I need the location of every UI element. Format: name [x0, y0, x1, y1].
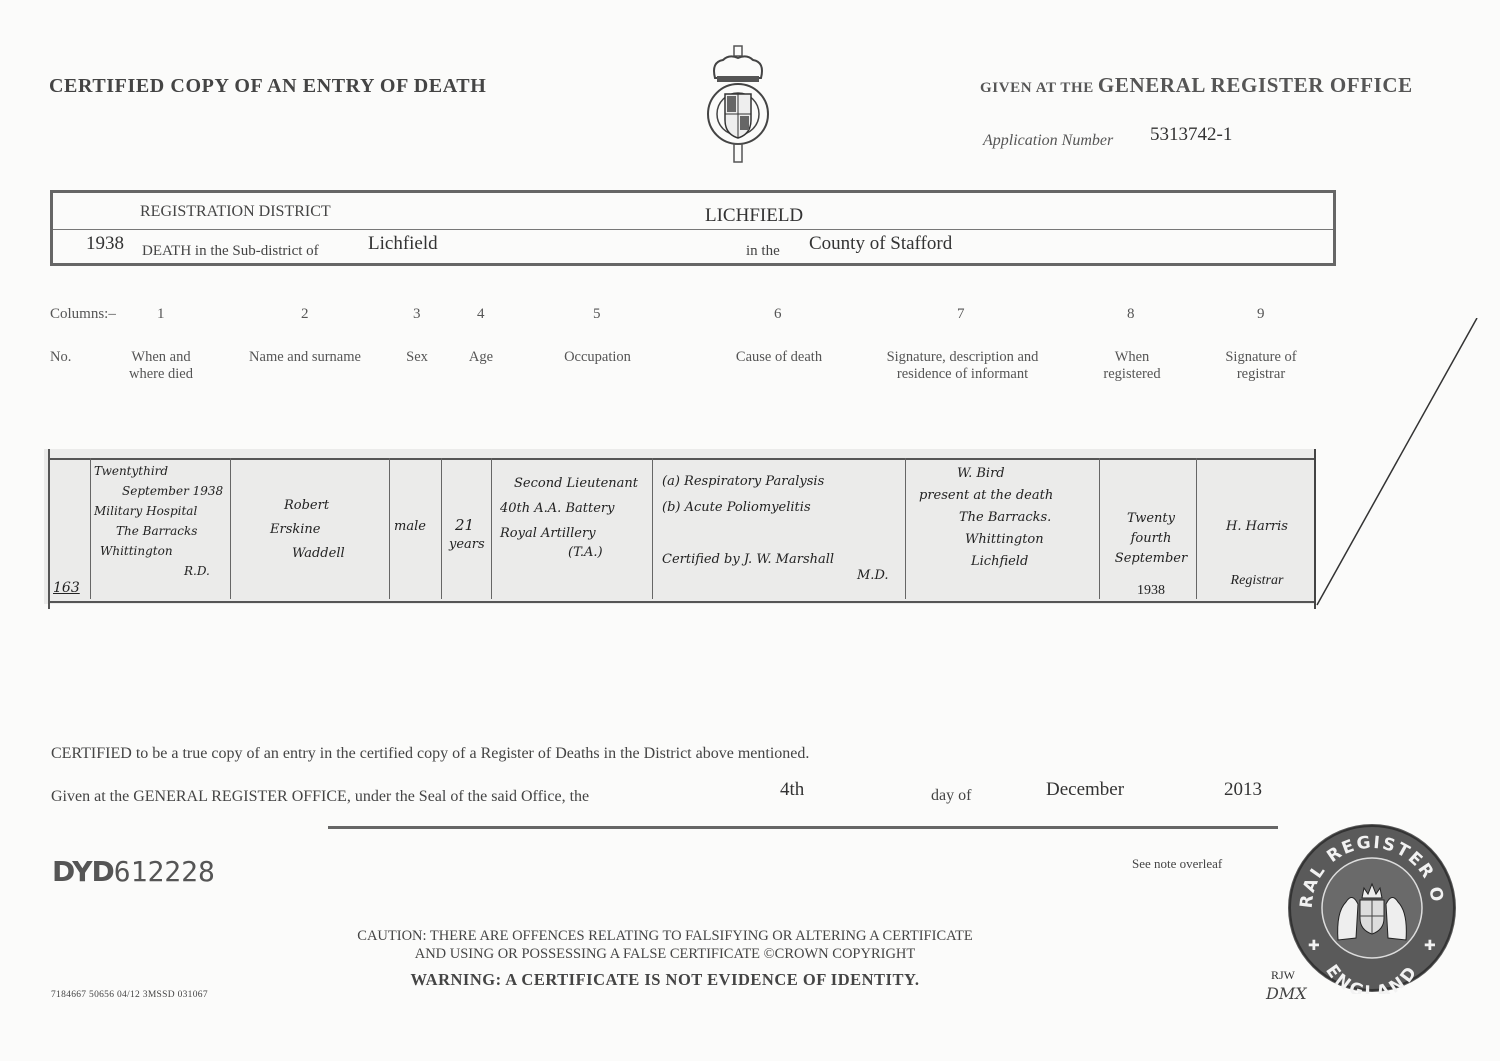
given-at-statement: Given at the GENERAL REGISTER OFFICE, un…	[51, 788, 589, 806]
general-register-office-label: GENERAL REGISTER OFFICE	[1098, 73, 1413, 97]
county-label: in the	[746, 243, 780, 260]
handwritten-initials: DMX	[1266, 984, 1307, 1003]
serial-digits: 612228	[114, 855, 215, 888]
column-header-name: Name and surname	[235, 349, 375, 366]
age: 21 years	[449, 515, 485, 555]
column-number-1: 1	[157, 306, 165, 323]
sex: male	[394, 517, 426, 536]
entry-number: 163	[53, 579, 80, 598]
cancellation-diagonal-line	[1313, 318, 1483, 608]
occupation: Second Lieutenant 40th A.A. Battery Roya…	[500, 471, 650, 565]
registration-district-value: LICHFIELD	[705, 205, 803, 227]
general-register-office-seal-icon: GENERAL REGISTER OFFICE ENGLAND ✚ ✚	[1286, 822, 1458, 994]
registrar-signature: H. Harris Registrar	[1202, 517, 1312, 591]
see-note-overleaf: See note overleaf	[1132, 856, 1222, 872]
caution-notice: CAUTION: THERE ARE OFFENCES RELATING TO …	[300, 927, 1030, 963]
cause-of-death: (a) Respiratory Paralysis (b) Acute Poli…	[662, 469, 902, 589]
district-divider	[53, 229, 1333, 230]
serial-prefix: DYD	[52, 855, 114, 888]
name-and-surname: Robert Erskine Waddell	[254, 494, 374, 566]
column-header-when-where-died: When and where died	[118, 349, 204, 383]
column-number-2: 2	[301, 306, 309, 323]
issue-month: December	[1046, 779, 1124, 801]
svg-text:✚: ✚	[1424, 938, 1436, 954]
column-header-registrar-signature: Signature of registrar	[1212, 349, 1310, 383]
subdistrict-value: Lichfield	[368, 233, 438, 255]
day-of-label: day of	[931, 787, 971, 805]
informant: W. Bird present at the death The Barrack…	[919, 463, 1094, 573]
given-at-heading: GIVEN AT THE GENERAL REGISTER OFFICE	[980, 73, 1413, 98]
issue-day: 4th	[780, 779, 804, 801]
column-header-occupation: Occupation	[540, 349, 655, 366]
printed-initials: RJW	[1271, 968, 1295, 983]
county-value: County of Stafford	[809, 233, 952, 255]
document-title: CERTIFIED COPY OF AN ENTRY OF DEATH	[49, 75, 486, 98]
signature-rule	[328, 826, 1278, 829]
column-number-5: 5	[593, 306, 601, 323]
royal-coat-of-arms-icon	[703, 44, 773, 166]
column-number-8: 8	[1127, 306, 1135, 323]
registration-district-label: REGISTRATION DISTRICT	[140, 203, 331, 221]
column-header-when-registered: When registered	[1092, 349, 1172, 383]
certification-statement: CERTIFIED to be a true copy of an entry …	[51, 745, 809, 763]
column-header-age: Age	[461, 349, 501, 366]
register-entry-row: 163 Twentythird September 1938 Military …	[44, 449, 1316, 604]
column-number-7: 7	[957, 306, 965, 323]
issue-year: 2013	[1224, 779, 1262, 801]
column-number-9: 9	[1257, 306, 1265, 323]
column-header-cause-of-death: Cause of death	[720, 349, 838, 366]
subdistrict-label: DEATH in the Sub-district of	[142, 243, 319, 260]
column-header-informant: Signature, description and residence of …	[870, 349, 1055, 383]
when-registered: Twenty fourth September 1938	[1106, 509, 1196, 601]
columns-label: Columns:–	[50, 306, 116, 323]
column-number-4: 4	[477, 306, 485, 323]
column-header-sex: Sex	[397, 349, 437, 366]
application-number: 5313742-1	[1150, 124, 1232, 146]
identity-warning: WARNING: A CERTIFICATE IS NOT EVIDENCE O…	[300, 970, 1030, 990]
column-number-6: 6	[774, 306, 782, 323]
column-number-3: 3	[413, 306, 421, 323]
when-where-died: Twentythird September 1938 Military Hosp…	[94, 461, 228, 581]
certificate-serial-number: DYD612228	[52, 855, 215, 888]
column-header-no: No.	[50, 349, 71, 366]
print-code: 7184667 50656 04/12 3MSSD 031067	[51, 990, 208, 1000]
given-at-label: GIVEN AT THE	[980, 80, 1094, 96]
application-number-label: Application Number	[983, 132, 1113, 150]
svg-text:✚: ✚	[1308, 938, 1320, 954]
registration-year: 1938	[86, 233, 124, 255]
